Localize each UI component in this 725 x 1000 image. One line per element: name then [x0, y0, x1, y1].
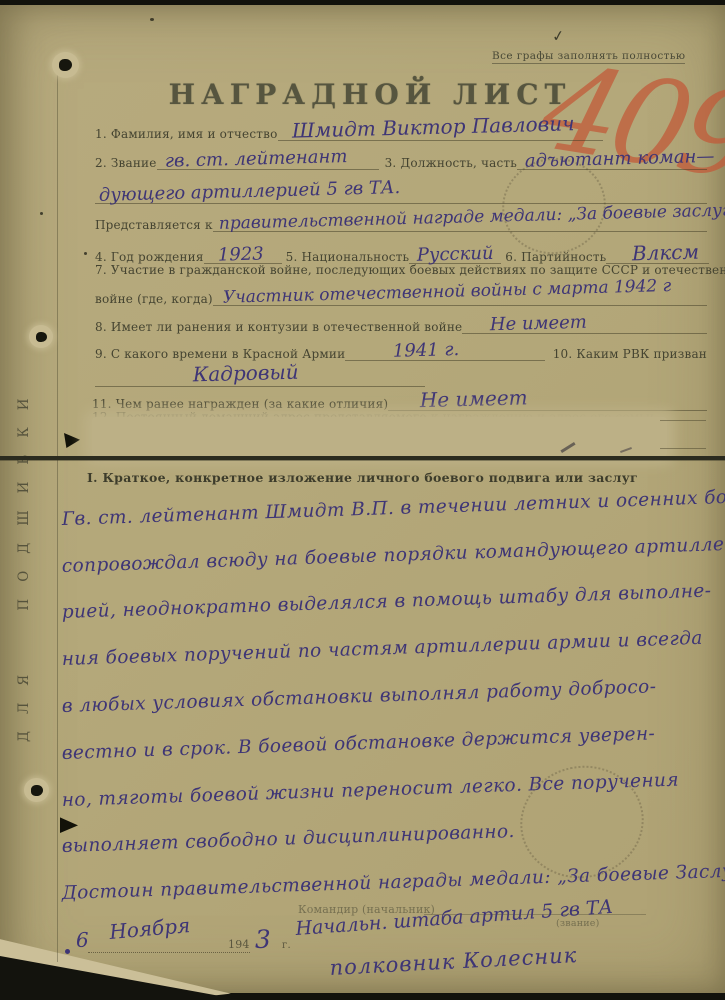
citation-line: рией, неоднократно выделялся в помощь шт…: [62, 590, 712, 637]
field-row-position-cont: дующего артиллерией 5 гв ТА.: [95, 182, 707, 204]
hole-punch: [24, 778, 49, 802]
section-heading: I. Краткое, конкретное изложение личного…: [70, 470, 655, 485]
citation-line: в любых условиях обстановки выполнял раб…: [62, 683, 712, 730]
citation-line: сопровождал всюду на боевые порядки кома…: [62, 543, 712, 590]
citation-line: Гв. ст. лейтенант Шмидт В.П. в течении л…: [62, 496, 712, 543]
field-label: 2. Звание: [95, 156, 157, 170]
paper-speck: [84, 252, 87, 255]
citation-line: ния боевых поручений по частям артиллери…: [62, 636, 712, 683]
citation-line: выполняет свободно и дисциплинированно.: [62, 824, 712, 871]
field-row-war-where-when: войне (где, когда) Участник отечественно…: [95, 285, 707, 306]
field-label: 1. Фамилия, имя и отчество: [95, 127, 278, 141]
year-digit-handwritten: 3: [254, 925, 271, 954]
field-value-handwritten: гв. ст. лейтенант: [156, 146, 347, 172]
section-divider: [0, 456, 725, 460]
hole-punch: [29, 325, 53, 348]
rule-line: [660, 420, 706, 421]
scan-edge-top: [0, 0, 725, 5]
page-title: НАГРАДНОЙ ЛИСТ: [160, 78, 580, 111]
citation-line: но, тяготы боевой жизни переносит легко.…: [62, 777, 712, 824]
side-filing-label: ДЛЯ ПОДШИВКИ: [16, 381, 32, 742]
field-label: 11. Чем ранее награжден (за какие отличи…: [92, 397, 388, 411]
field-value-handwritten: Не имеет: [388, 385, 528, 413]
field-label: 4. Год рождения: [95, 250, 204, 264]
field-value-handwritten: Не имеет: [462, 312, 587, 336]
paper-speck: [40, 212, 43, 215]
rule-line: [660, 448, 706, 449]
redacted-address-area: [92, 417, 667, 457]
year-printed: 194: [228, 938, 250, 951]
field-label: 5. Национальность: [282, 250, 410, 264]
field-label: 9. С какого времени в Красной Армии: [95, 347, 345, 361]
hole-punch: [52, 52, 79, 78]
citation-line: вестно и в срок. В боевой обстановке дер…: [62, 730, 712, 777]
field-row-wounds: 8. Имеет ли ранения и контузии в отечест…: [95, 312, 707, 334]
ink-dot: [65, 949, 70, 954]
field-label: 10. Каким РВК призван: [545, 347, 707, 361]
field-row-presented-for: Представляется к правительственной награ…: [95, 211, 707, 232]
field-value-handwritten: Кадровый: [95, 360, 299, 389]
field-label: войне (где, когда): [95, 292, 213, 306]
year-suffix-printed: г.: [282, 940, 291, 951]
field-label: 3. Должность, часть: [379, 156, 517, 170]
field-value-handwritten: 1941 г.: [345, 339, 460, 363]
paper-speck: [150, 18, 154, 21]
field-row-previous-awards: 11. Чем ранее награжден (за какие отличи…: [92, 386, 707, 411]
handwritten-citation: Гв. ст. лейтенант Шмидт В.П. в течении л…: [62, 496, 712, 917]
field-label: 6. Партийность: [501, 250, 606, 264]
scanned-award-sheet: ДЛЯ ПОДШИВКИ ✓ Все графы заполнять полно…: [0, 0, 725, 1000]
field-row-rank-position: 2. Звание гв. ст. лейтенант 3. Должность…: [95, 148, 707, 170]
field-row-rvk-answer: Кадровый: [95, 362, 425, 387]
field-row-name: 1. Фамилия, имя и отчество Шмидт Виктор …: [95, 116, 603, 141]
field-label: 8. Имеет ли ранения и контузии в отечест…: [95, 320, 462, 334]
fold-crease-line: [57, 62, 58, 962]
field-row-red-army-since: 9. С какого времени в Красной Армии 1941…: [95, 339, 707, 361]
field-label: Представляется к: [95, 218, 213, 232]
field-label-war-participation: 7. Участие в гражданской войне, последую…: [95, 263, 725, 277]
field-value-handwritten: Шмидт Виктор Павлович: [277, 111, 574, 143]
field-value-handwritten: адъютант коман—: [517, 146, 715, 172]
field-value-handwritten: дующего артиллерией 5 гв ТА.: [95, 177, 401, 206]
field-row-birth-nationality-party: 4. Год рождения 1923 5. Национальность Р…: [95, 239, 709, 264]
date-day-handwritten: 6: [76, 928, 89, 952]
